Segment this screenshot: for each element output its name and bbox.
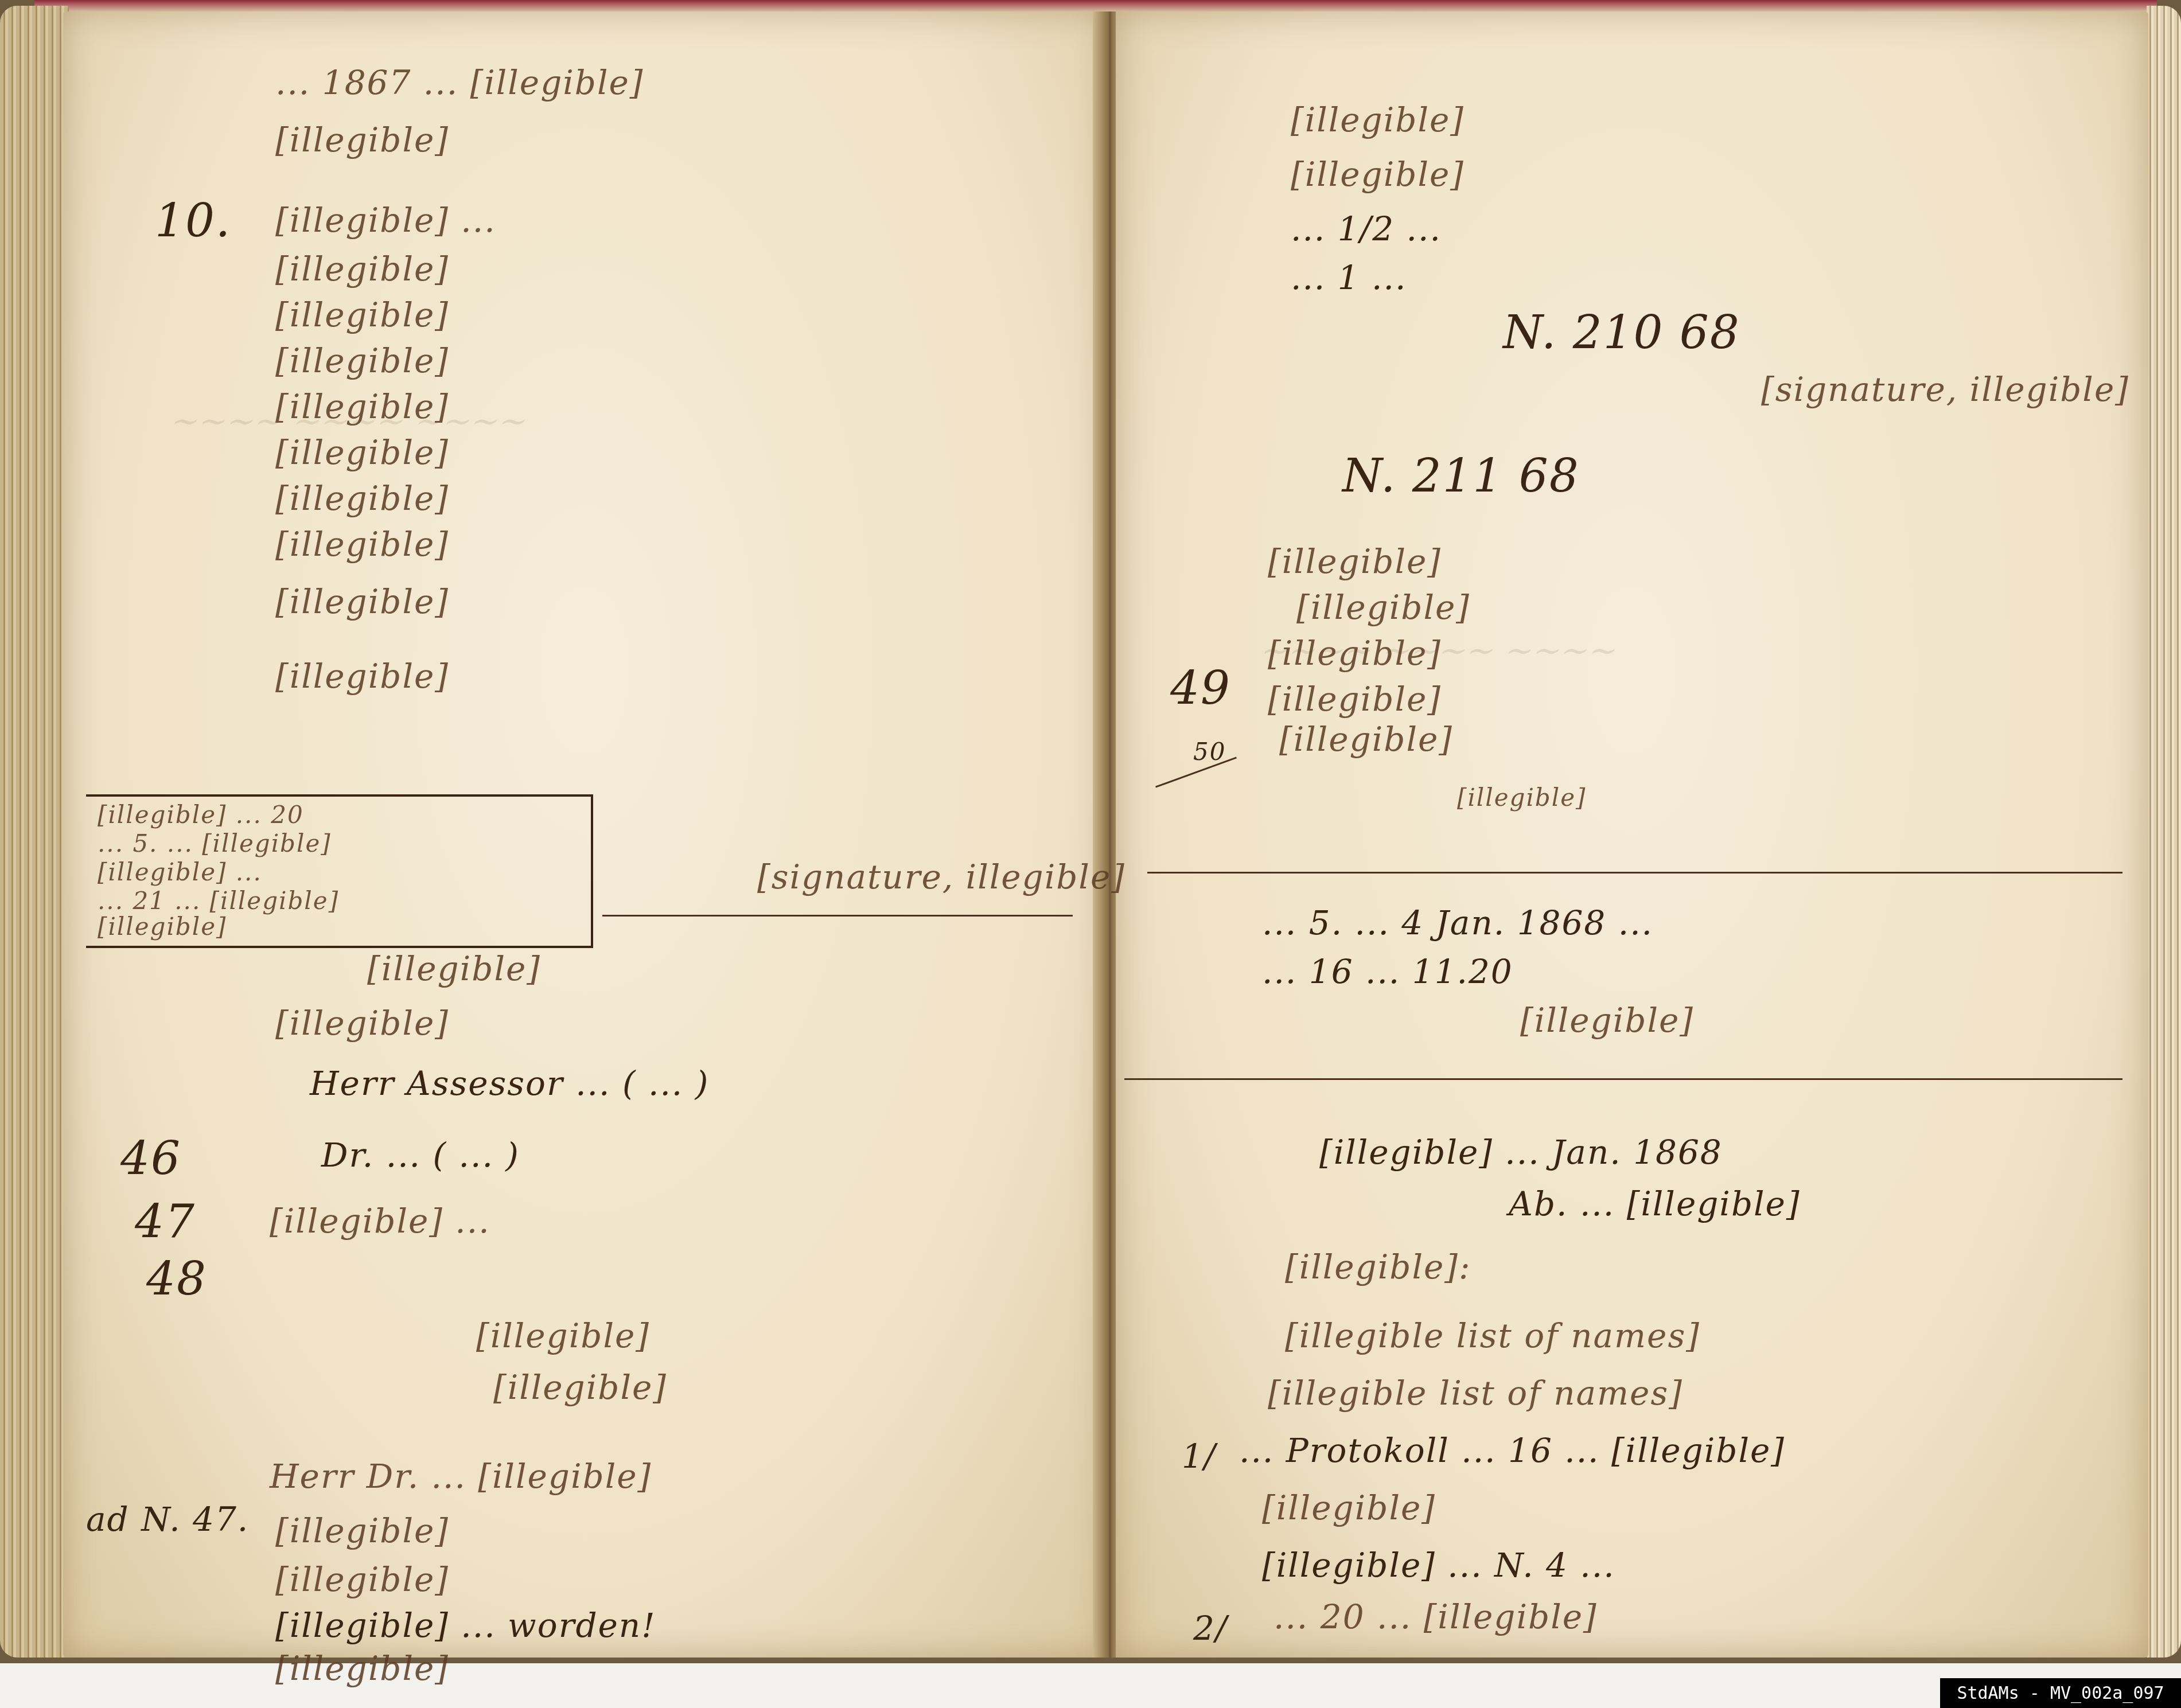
item-number: 1/ xyxy=(1182,1440,1216,1473)
ad-note-margin: ad N. 47. xyxy=(86,1503,249,1536)
right-page-edges xyxy=(2147,6,2181,1658)
closing-heading: [illegible] xyxy=(476,1319,650,1352)
item-line: ... Protokoll ... 16 ... [illegible] xyxy=(1239,1434,1785,1467)
item-number: 2/ xyxy=(1193,1612,1228,1645)
handwritten-line: [illegible] xyxy=(275,436,449,469)
handwritten-line: [illegible] xyxy=(275,528,449,561)
divider-line xyxy=(1124,1078,2122,1080)
boxed-note-line: ... 21 ... [illegible] xyxy=(98,889,339,913)
handwritten-line: ... 5. ... 4 Jan. 1868 ... xyxy=(1262,906,1653,939)
entry-number: N. 211 68 xyxy=(1342,453,1580,499)
boxed-note-line: [illegible] ... 20 xyxy=(98,803,304,827)
item-line: [illegible] ... N. 4 ... xyxy=(1262,1549,1615,1582)
section-header: [illegible] ... Jan. 1868 xyxy=(1319,1136,1723,1169)
archive-reference-label: StdAMs - MV_002a_097 xyxy=(1940,1678,2181,1708)
ad-note-line: [illegible] xyxy=(275,1652,449,1685)
handwritten-line: [illegible] xyxy=(275,660,449,693)
divider-line xyxy=(602,915,1073,917)
handwritten-line: ... 16 ... 11.20 xyxy=(1262,955,1513,988)
handwritten-line: ... 1 ... xyxy=(1291,261,1407,294)
handwritten-line: [illegible] xyxy=(1268,683,1442,716)
handwritten-line: [illegible] xyxy=(1520,1004,1694,1037)
ad-note-line: [illegible] ... worden! xyxy=(275,1609,656,1642)
divider-line xyxy=(1147,872,2122,874)
handwritten-line: [illegible] xyxy=(1279,723,1453,756)
book-top-edge xyxy=(34,0,2157,13)
entries-heading: [illegible] xyxy=(275,1007,449,1040)
ad-note-line: [illegible] xyxy=(275,1514,449,1547)
entry-row: Dr. ... ( ... ) xyxy=(321,1138,520,1172)
item-line: ... 20 ... [illegible] xyxy=(1273,1600,1598,1633)
book-spread: ~~~~ ~~~~ ~~~~ ~~~~ ~~~~ ~~~~ ... 1867 .… xyxy=(0,0,2181,1663)
handwritten-line: [illegible] xyxy=(275,298,449,332)
handwritten-line: [illegible list of names] xyxy=(1268,1376,1683,1410)
handwritten-line: [illegible]: xyxy=(1285,1250,1471,1284)
handwritten-line: [illegible list of names] xyxy=(1285,1319,1700,1352)
closing-heading: [illegible] xyxy=(493,1371,667,1404)
handwritten-line: [illegible] xyxy=(1291,158,1465,191)
entry-row: [illegible] ... xyxy=(270,1204,490,1238)
handwritten-line: [illegible] xyxy=(1457,786,1586,810)
handwritten-line: [illegible] xyxy=(1291,103,1465,137)
boxed-note-line: [illegible] ... xyxy=(98,860,262,884)
handwritten-line: [illegible] xyxy=(1296,591,1470,624)
ad-note-line: Herr Dr. ... [illegible] xyxy=(270,1460,652,1493)
handwritten-line: [illegible] xyxy=(275,123,449,157)
section-header: Ab. ... [illegible] xyxy=(1509,1187,1801,1220)
margin-number: 48 xyxy=(146,1256,207,1302)
margin-fraction-bottom: 50 xyxy=(1193,740,1226,764)
signature: [signature, illegible] xyxy=(1761,373,2129,406)
handwritten-line: [illegible] xyxy=(275,585,449,618)
ad-note-line: [illegible] xyxy=(275,1563,449,1596)
entries-heading: [illegible] xyxy=(367,952,541,985)
boxed-note-line: [illegible] xyxy=(98,915,227,939)
handwritten-line: [illegible] xyxy=(275,482,449,515)
handwritten-line: ... 1/2 ... xyxy=(1291,212,1442,245)
item-line: [illegible] xyxy=(1262,1491,1436,1524)
margin-number: 46 xyxy=(120,1136,181,1181)
margin-number: 47 xyxy=(135,1199,196,1245)
entry-row: Herr Assessor ... ( ... ) xyxy=(310,1067,709,1100)
margin-fraction-top: 49 xyxy=(1170,665,1231,711)
handwritten-line: [illegible] xyxy=(275,252,449,286)
left-page-edges xyxy=(0,6,69,1658)
entry-number: N. 210 68 xyxy=(1503,310,1740,356)
handwritten-line: [illegible] xyxy=(275,344,449,377)
handwritten-line: [illegible] xyxy=(1268,637,1442,670)
handwritten-line: [illegible] ... xyxy=(275,204,496,237)
margin-number: 10. xyxy=(155,198,231,244)
boxed-note-line: ... 5. ... [illegible] xyxy=(98,832,332,856)
handwritten-line: [illegible] xyxy=(275,390,449,423)
handwritten-line: ... 1867 ... [illegible] xyxy=(275,66,644,99)
signature: [signature, illegible] xyxy=(757,860,1125,894)
handwritten-line: [illegible] xyxy=(1268,545,1442,578)
